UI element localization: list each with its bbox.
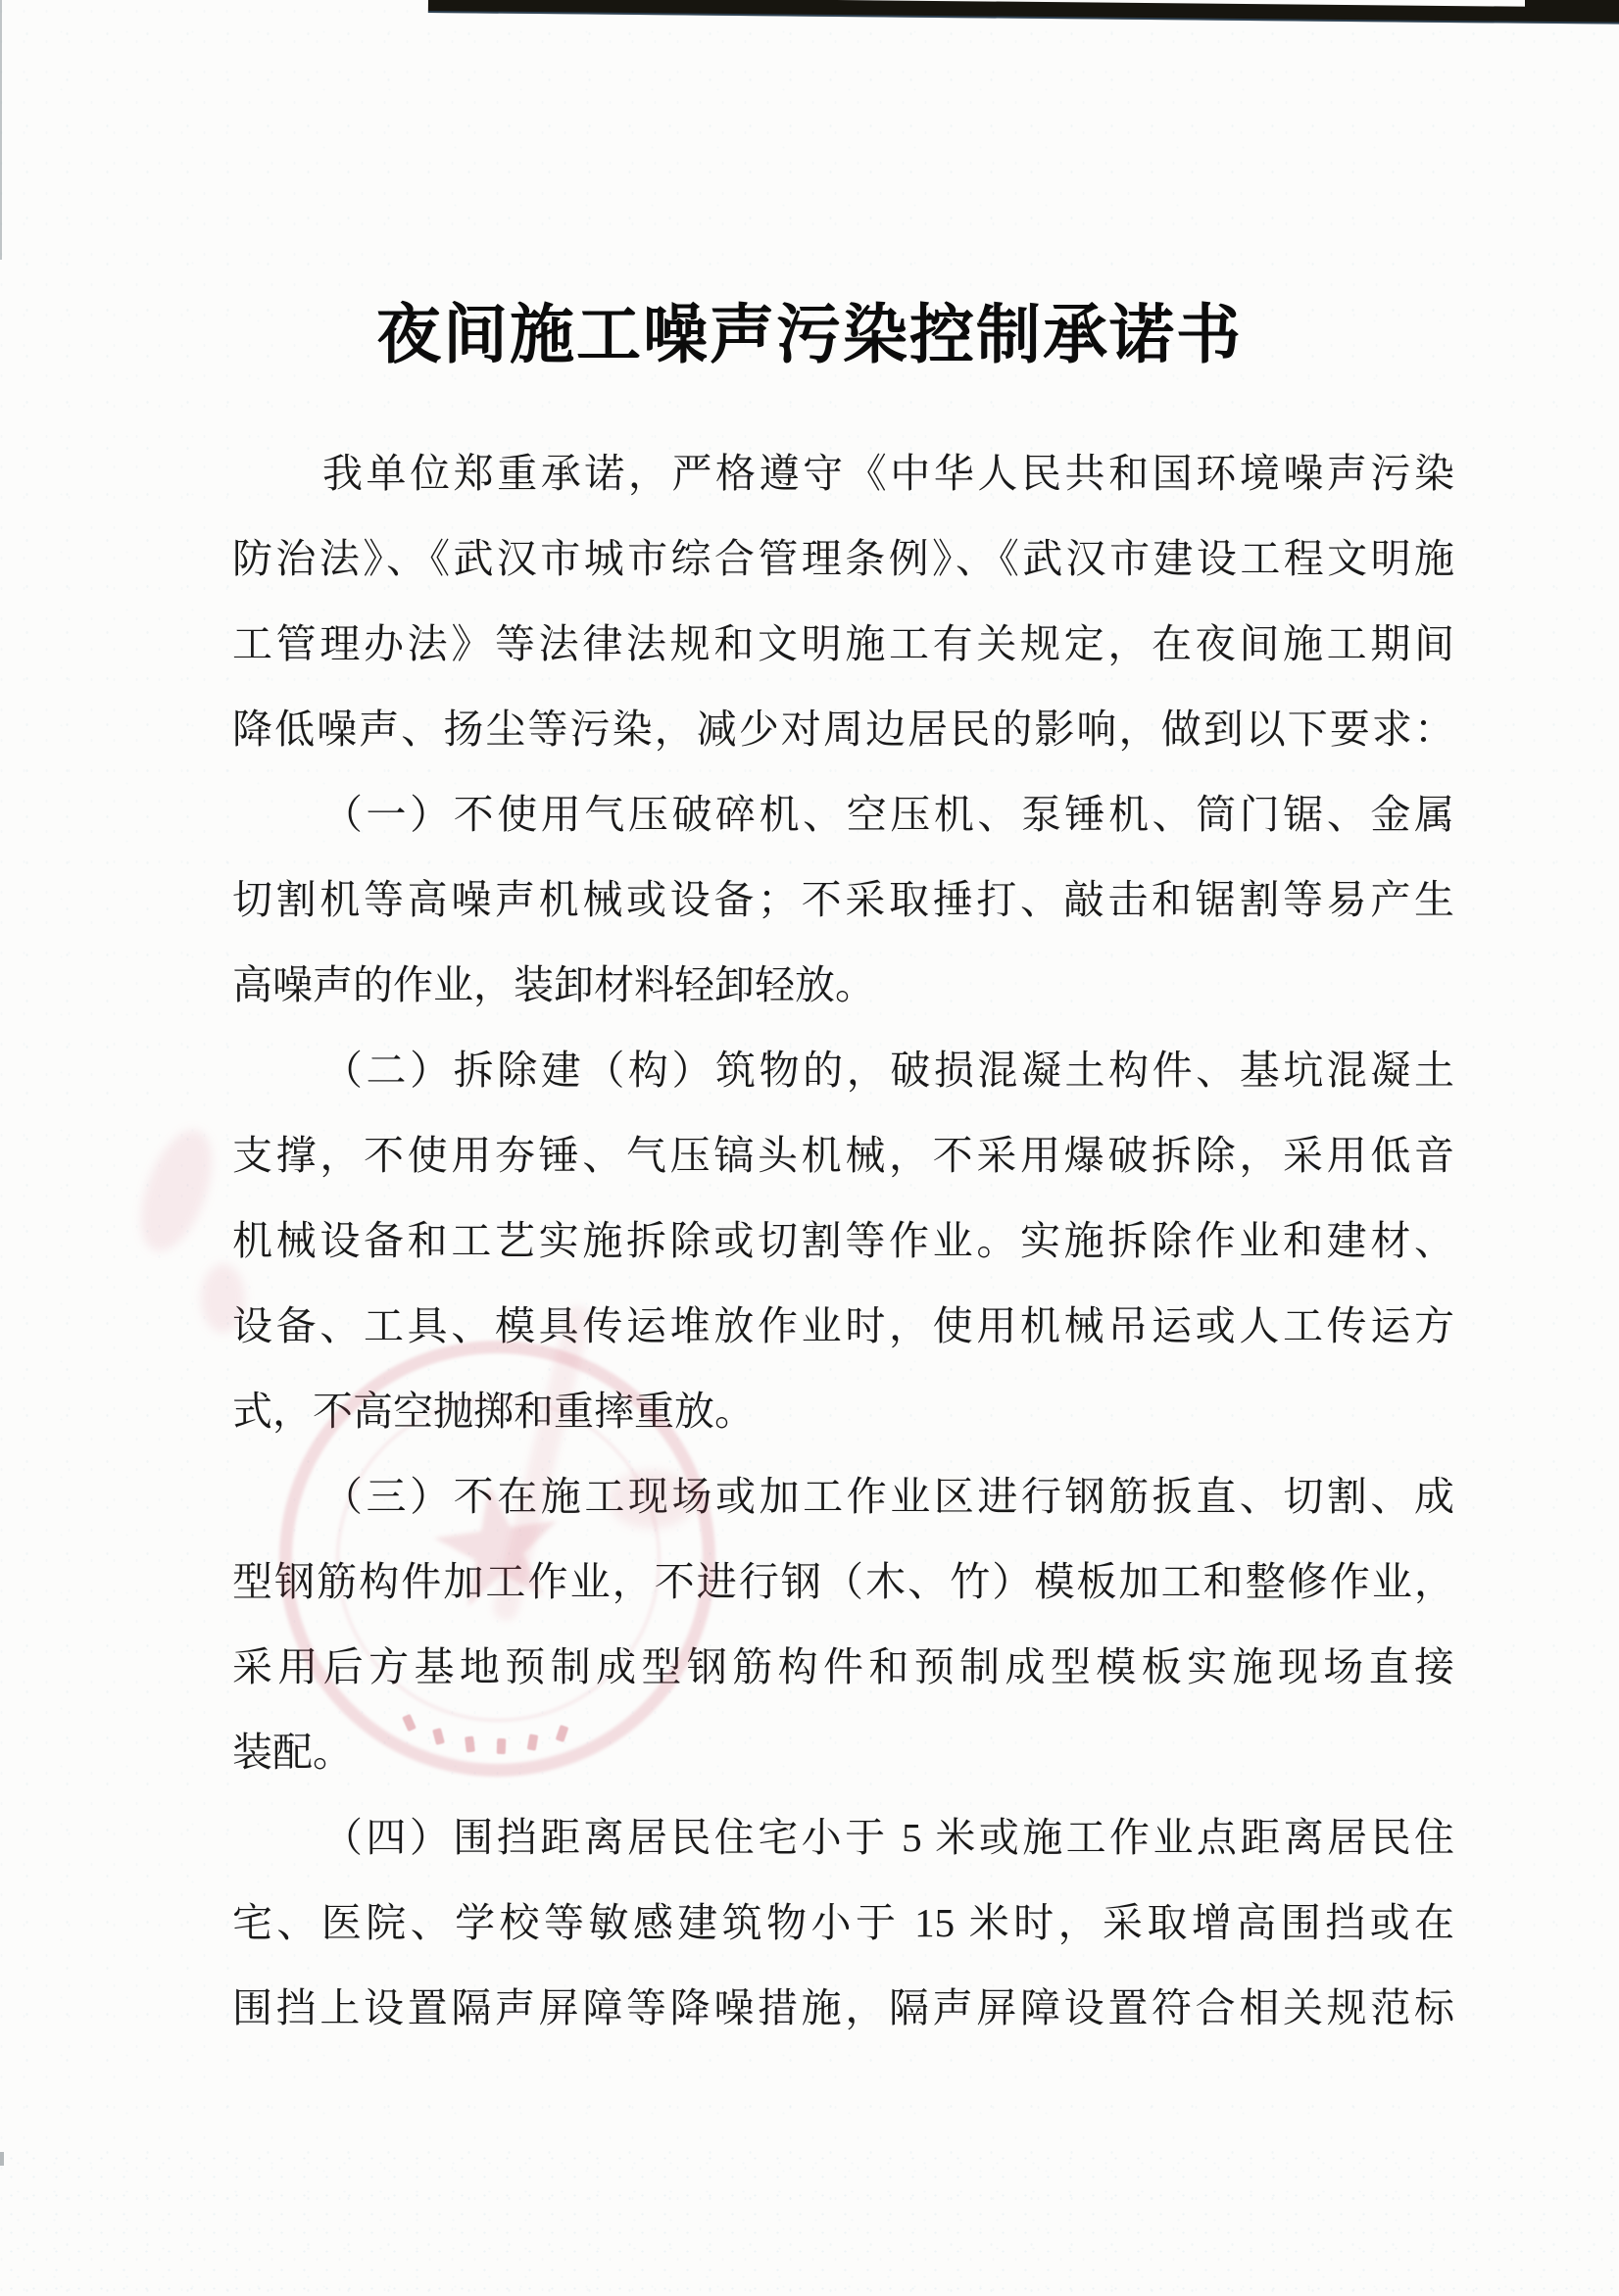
text-line: （四）围挡距离居民住宅小于 5 米或施工作业点距离居民住 [232,1795,1454,1881]
text-line: 切割机等高噪声机械或设备；不采取捶打、敲击和锯割等易产生 [232,857,1454,943]
scanned-document-page: 夜间施工噪声污染控制承诺书 我单位郑重承诺，严格遵守《中华人民共和国环境噪声污染… [0,0,1619,2296]
text-line: 支撑，不使用夯锤、气压镐头机械，不采用爆破拆除，采用低音 [232,1113,1454,1198]
scan-edge-artifact-corner [1525,0,1619,13]
text-line: （三）不在施工现场或加工作业区进行钢筋扳直、切割、成 [232,1454,1454,1539]
scan-noise-bottom [0,2149,1619,2296]
text-line: 机械设备和工艺实施拆除或切割等作业。实施拆除作业和建材、 [232,1198,1454,1284]
scan-edge-artifact-top [428,0,1619,25]
text-line: （二）拆除建（构）筑物的，破损混凝土构件、基坑混凝土 [232,1028,1454,1113]
page-title: 夜间施工噪声污染控制承诺书 [0,282,1619,375]
text-line: 采用后方基地预制成型钢筋构件和预制成型模板实施现场直接 [232,1625,1454,1710]
text-line: （一）不使用气压破碎机、空压机、泵锤机、筒门锯、金属 [232,772,1454,857]
text-line: 防治法》、《武汉市城市综合管理条例》、《武汉市建设工程文明施 [232,516,1454,602]
text-line: 型钢筋构件加工作业，不进行钢（木、竹）模板加工和整修作业， [232,1539,1454,1625]
document-body: 我单位郑重承诺，严格遵守《中华人民共和国环境噪声污染防治法》、《武汉市城市综合管… [232,431,1454,2051]
text-line: 式，不高空抛掷和重摔重放。 [232,1369,1454,1454]
text-line: 我单位郑重承诺，严格遵守《中华人民共和国环境噪声污染 [232,431,1454,516]
ink-smudge [127,1121,226,1261]
scan-edge-artifact-left [0,0,2,260]
text-line: 降低噪声、扬尘等污染，减少对周边居民的影响，做到以下要求： [232,687,1454,772]
text-line: 工管理办法》等法律法规和文明施工有关规定，在夜间施工期间 [232,602,1454,687]
text-line: 宅、医院、学校等敏感建筑物小于 15 米时，采取增高围挡或在 [232,1881,1454,1966]
text-line: 装配。 [232,1710,1454,1795]
scan-edge-artifact-left-dash [0,2152,4,2166]
text-line: 设备、工具、模具传运堆放作业时，使用机械吊运或人工传运方 [232,1284,1454,1369]
text-line: 围挡上设置隔声屏障等降噪措施，隔声屏障设置符合相关规范标 [232,1966,1454,2051]
text-line: 高噪声的作业，装卸材料轻卸轻放。 [232,943,1454,1028]
